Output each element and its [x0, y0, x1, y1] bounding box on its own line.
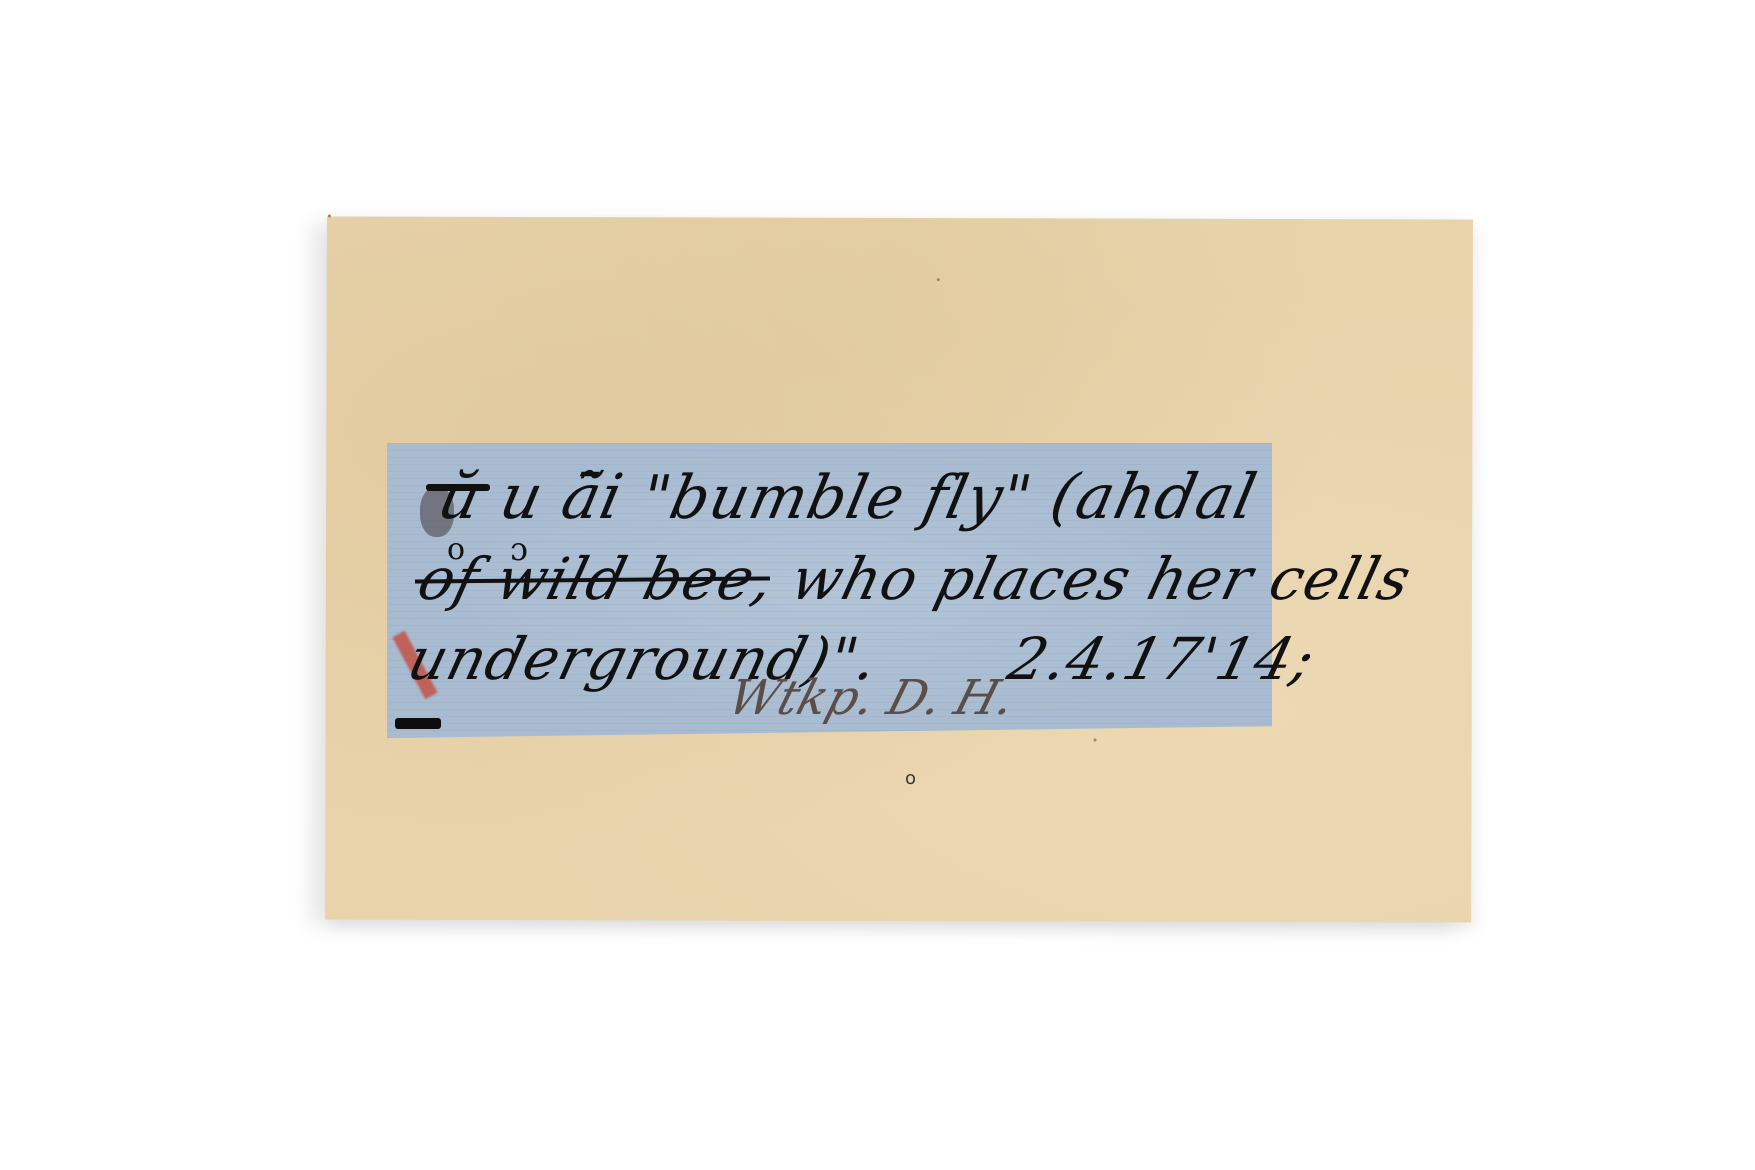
bottom-dash-mark	[395, 718, 441, 729]
paper-speck	[937, 278, 940, 281]
gloss-quote: "bumble fly"	[635, 463, 1039, 533]
card-pencil-mark: o	[905, 768, 916, 789]
slip-date: 2.4.17'14;	[1002, 625, 1323, 693]
slip-line-2: of wild bee, who places her cells	[412, 545, 1419, 613]
slip-line-1: ŭ u ā̃i "bumble fly" (ahdal	[432, 460, 1263, 533]
paper-speck	[328, 215, 331, 218]
headword: ŭ u ā̃i	[432, 460, 630, 533]
gloss-trailing: (ahdal	[1044, 460, 1263, 533]
paper-speck	[1094, 739, 1097, 742]
signature: Wtkp. D. H.	[722, 670, 1021, 726]
